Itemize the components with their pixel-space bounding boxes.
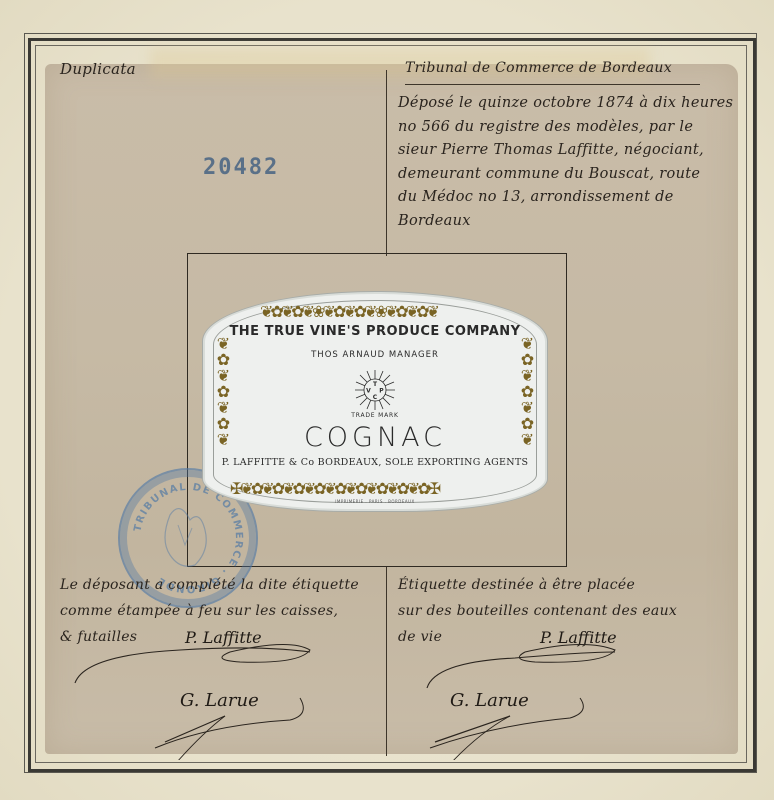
trademark-sunburst-icon: T V P C (355, 370, 395, 410)
deposit-line: Déposé le quinze octobre 1874 à dix heur… (398, 92, 743, 116)
svg-text:C: C (373, 394, 378, 401)
signature-flourish-left-icon (60, 630, 390, 760)
cognac-label: ❦✿❦✿❦❀❦✿❦✿❦❀❦✿❦✿❦ ✠❦✿❦✿❦✿❦✿❦✿❦✿❦✿❦✿❦✿✠ ❦… (205, 294, 545, 509)
divider-top (386, 70, 387, 256)
note-line: Le déposant a complété la dite étiquette (60, 572, 380, 598)
grapevine-border-top-icon: ❦✿❦✿❦❀❦✿❦✿❦❀❦✿❦✿❦ (260, 304, 437, 320)
svg-text:P: P (379, 388, 384, 395)
duplicata-label: Duplicata (60, 60, 136, 78)
deposit-line: Bordeaux (398, 210, 743, 234)
product-name: COGNAC (205, 422, 545, 453)
title-underline (405, 84, 700, 85)
agents-line: P. LAFFITTE & Co BORDEAUX, SOLE EXPORTIN… (205, 457, 545, 468)
deposit-line: no 566 du registre des modèles, par le (398, 116, 743, 140)
note-line: comme étampée à feu sur les caisses, (60, 598, 380, 624)
note-line: Étiquette destinée à être placée (398, 572, 738, 598)
company-name-text: THE TRUE VINE'S PRODUCE COMPANY (229, 324, 520, 339)
trademark-caption: TRADE MARK (205, 412, 545, 419)
grapevine-border-bottom-icon: ✠❦✿❦✿❦✿❦✿❦✿❦✿❦✿❦✿❦✿✠ (230, 481, 438, 497)
deposit-line: sieur Pierre Thomas Laffitte, négociant, (398, 139, 743, 163)
deposit-record: Déposé le quinze octobre 1874 à dix heur… (398, 92, 743, 233)
note-line: sur des bouteilles contenant des eaux (398, 598, 738, 624)
company-name: THE TRUE VINE'S PRODUCE COMPANY (205, 324, 545, 339)
registration-number: 20482 (203, 155, 279, 180)
signature-flourish-right-icon (415, 630, 745, 760)
tribunal-title: Tribunal de Commerce de Bordeaux (405, 60, 672, 76)
deposit-line: du Médoc no 13, arrondissement de (398, 186, 743, 210)
deposit-line: demeurant commune du Bouscat, route (398, 163, 743, 187)
manager-line: THOS ARNAUD MANAGER (205, 350, 545, 360)
svg-text:V: V (366, 388, 371, 395)
printer-line: IMPRIMERIE . PARIS . BORDEAUX (205, 499, 545, 504)
